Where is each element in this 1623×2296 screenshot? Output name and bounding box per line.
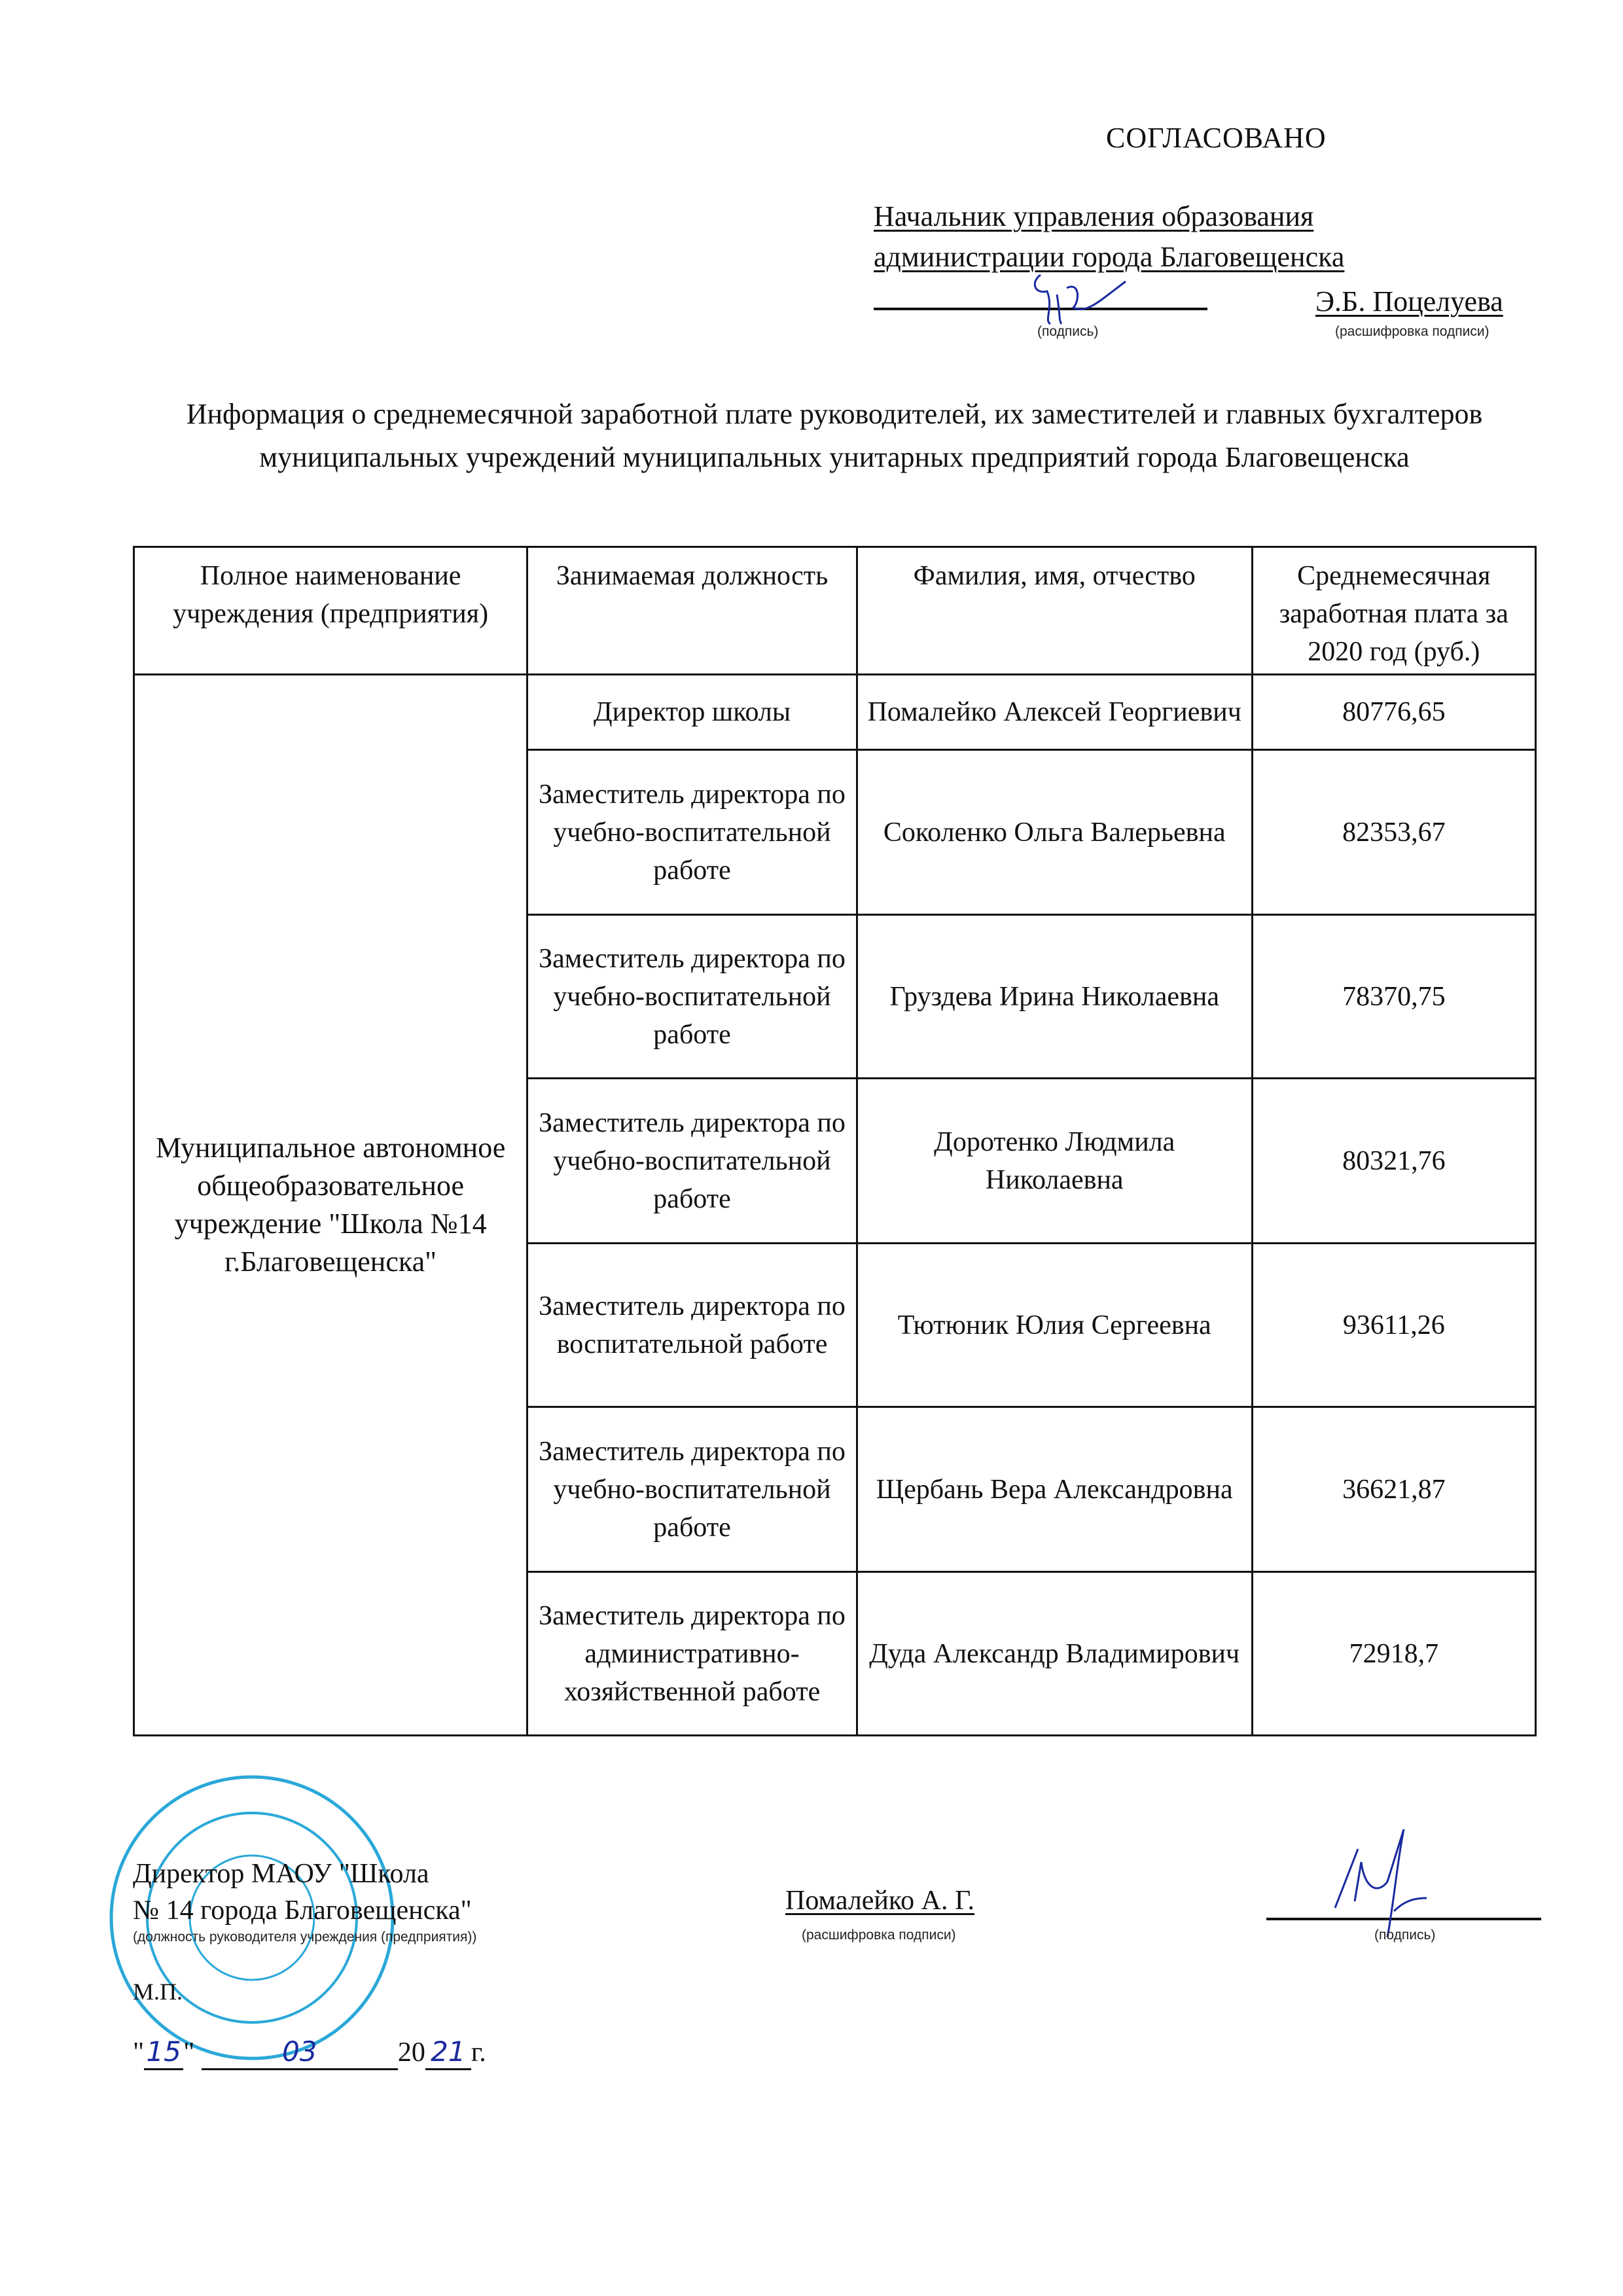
name-cell: Дуда Александр Владимирович	[857, 1572, 1252, 1736]
header-salary: Среднемесячная заработная плата за 2020 …	[1252, 547, 1535, 675]
salary-cell: 80776,65	[1252, 675, 1535, 750]
salary-cell: 78370,75	[1252, 915, 1535, 1079]
name-cell: Доротенко Людмила Николаевна	[857, 1079, 1252, 1244]
footer-signature-icon	[1315, 1823, 1479, 1941]
position-cell: Заместитель директора по воспитательной …	[527, 1244, 857, 1407]
footer-position-line1: Директор МАОУ "Школа	[133, 1856, 472, 1892]
name-cell: Груздева Ирина Николаевна	[857, 915, 1252, 1079]
document-title-line2: муниципальных учреждений муниципальных у…	[131, 436, 1538, 479]
name-cell: Соколенко Ольга Валерьевна	[857, 750, 1252, 915]
header-position: Занимаемая должность	[527, 547, 857, 675]
position-cell: Заместитель директора по учебно-воспитат…	[527, 915, 857, 1079]
position-cell: Заместитель директора по учебно-воспитат…	[527, 1407, 857, 1572]
institution-cell: Муниципальное автономное общеобразовател…	[134, 675, 527, 1736]
footer-position-label: (должность руководителя учреждения (пред…	[133, 1929, 476, 1945]
salary-cell: 82353,67	[1252, 750, 1535, 915]
footer-name: Помалейко А. Г.	[785, 1885, 974, 1916]
date-year-prefix: 20	[398, 2037, 425, 2068]
footer-position-line2: № 14 города Благовещенска"	[133, 1892, 472, 1929]
footer-name-label: (расшифровка подписи)	[802, 1928, 956, 1943]
salary-cell: 93611,26	[1252, 1244, 1535, 1407]
salary-cell: 72918,7	[1252, 1572, 1535, 1736]
approver-name: Э.Б. Поцелуева	[1315, 285, 1503, 318]
position-cell: Заместитель директора по административно…	[527, 1572, 857, 1736]
position-cell: Директор школы	[527, 675, 857, 750]
date-year-suffix: 21	[431, 2036, 465, 2068]
date-suffix: г.	[471, 2037, 486, 2068]
name-cell: Щербань Вера Александровна	[857, 1407, 1252, 1572]
name-cell: Помалейко Алексей Георгиевич	[857, 675, 1252, 750]
salary-table: Полное наименование учреждения (предприя…	[133, 546, 1537, 1736]
name-cell: Тютюник Юлия Сергеевна	[857, 1244, 1252, 1407]
approver-name-label: (расшифровка подписи)	[1335, 324, 1489, 340]
approver-position-line1: Начальник управления образования	[874, 196, 1344, 237]
document-title: Информация о среднемесячной заработной п…	[131, 393, 1538, 479]
date-line: "15" 032021г.	[133, 2036, 486, 2070]
salary-cell: 36621,87	[1252, 1407, 1535, 1572]
stamp-placement-label: М.П.	[133, 1978, 183, 2005]
table-row: Муниципальное автономное общеобразовател…	[134, 675, 1536, 750]
approval-title: СОГЛАСОВАНО	[1106, 121, 1327, 154]
date-day: 15	[146, 2036, 181, 2068]
approver-position: Начальник управления образования админис…	[874, 196, 1344, 278]
header-full-name: Фамилия, имя, отчество	[857, 547, 1252, 675]
table-header-row: Полное наименование учреждения (предприя…	[134, 547, 1536, 675]
approver-signature-label: (подпись)	[1037, 324, 1098, 340]
date-month: 03	[282, 2036, 317, 2068]
document-title-line1: Информация о среднемесячной заработной п…	[131, 393, 1538, 436]
position-cell: Заместитель директора по учебно-воспитат…	[527, 750, 857, 915]
footer-signature-label: (подпись)	[1374, 1928, 1435, 1943]
salary-cell: 80321,76	[1252, 1079, 1535, 1244]
approver-signature-icon	[1027, 268, 1158, 327]
header-institution: Полное наименование учреждения (предприя…	[134, 547, 527, 675]
footer-position: Директор МАОУ "Школа № 14 города Благове…	[133, 1856, 472, 1929]
position-cell: Заместитель директора по учебно-воспитат…	[527, 1079, 857, 1244]
